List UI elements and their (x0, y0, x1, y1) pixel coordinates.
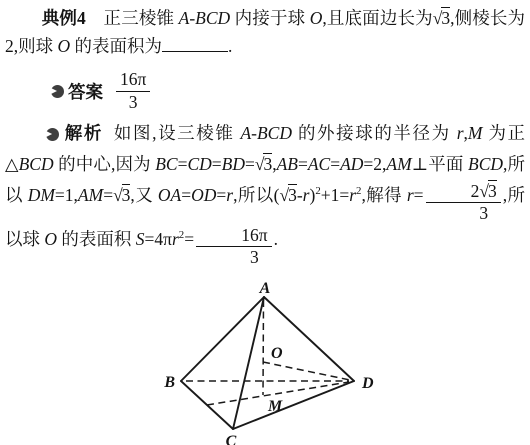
vertex-label-d: D (361, 375, 374, 392)
edge-ac (233, 297, 264, 429)
answer-bullet-icon (51, 85, 64, 98)
fraction: 16π3 (194, 226, 273, 268)
vertex-label-c: C (226, 433, 237, 445)
vertex-label-m: M (267, 398, 283, 415)
vertex-label-a: A (259, 280, 271, 297)
segment-am (263, 300, 264, 395)
vertex-label-o: O (271, 345, 283, 362)
edge-ad (264, 297, 354, 381)
radical: √3 (279, 184, 296, 205)
radical: √3 (479, 180, 496, 201)
fraction: 16π3 (114, 70, 152, 112)
problem-statement: 典例4 正三棱锥 A-BCD 内接于球 O,且底面边长为√3,侧棱长为 2,则球… (5, 4, 525, 60)
radical: √3 (255, 153, 272, 174)
answer-blank (162, 34, 228, 53)
answer-section: 答案 16π3 (51, 67, 525, 115)
tetrahedron-hidden-lines (186, 300, 350, 405)
document-page: 典例4 正三棱锥 A-BCD 内接于球 O,且底面边长为√3,侧棱长为 2,则球… (0, 0, 530, 445)
fraction: 2√33 (424, 182, 503, 224)
answer-value: 16π3 (114, 70, 152, 112)
solution-section: 解析如图,设三棱锥 A-BCD 的外接球的半径为 r,M 为正△BCD 的中心,… (5, 118, 525, 267)
tetrahedron-figure: A B C D O M (5, 275, 525, 445)
answer-label: 答案 (68, 79, 103, 104)
edge-ab (181, 297, 264, 381)
vertex-label-b: B (163, 374, 175, 391)
solution-bullet-icon (46, 128, 59, 141)
edge-cd (233, 381, 354, 429)
solution-label: 解析 (63, 123, 103, 143)
radical: √3 (113, 184, 130, 205)
radical: √3 (433, 7, 450, 28)
vertex-labels: A B C D O M (163, 280, 374, 445)
tetrahedron-svg: A B C D O M (5, 275, 530, 445)
